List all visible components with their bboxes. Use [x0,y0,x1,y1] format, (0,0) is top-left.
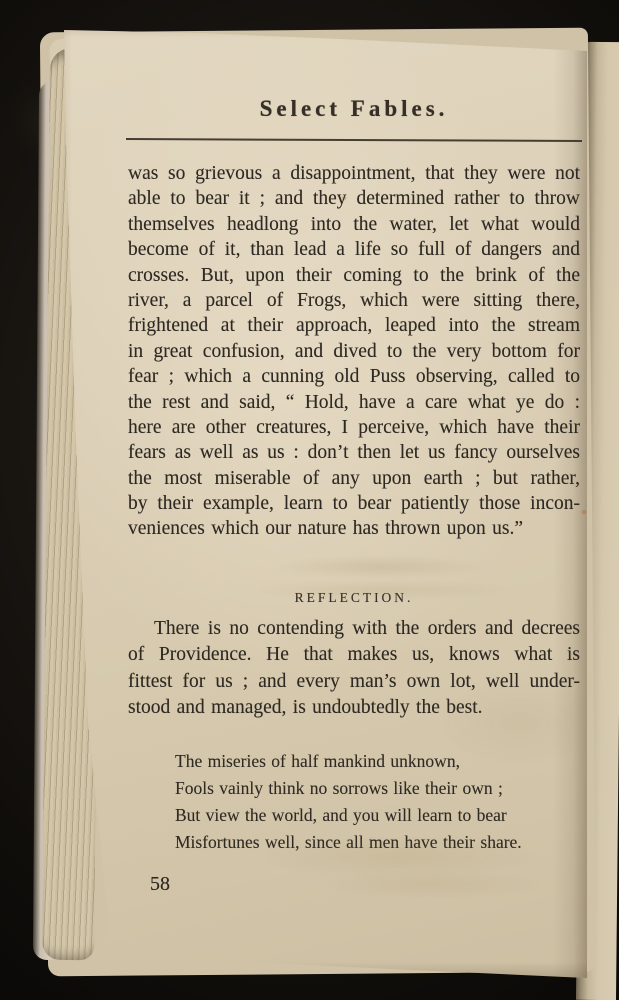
fable-text-line: in great confusion, and dived to the ver… [128,341,580,366]
fable-text-line: by their example, learn to bear patientl… [128,493,580,518]
foxing-speck [582,510,586,514]
page-number: 58 [150,873,170,896]
fable-text-line: become of it, than lead a life so full o… [128,239,580,264]
reflection-paragraph: There is no contending with the orders a… [128,618,580,724]
reflection-text-line: of Providence. He that makes us, knows w… [128,644,580,670]
header-rule [126,138,582,142]
fable-text-line: veniences which our nature has thrown up… [128,518,580,543]
fable-text-line: frightened at their approach, leaped int… [128,315,580,340]
book-page: Select Fables. was so grievous a disappo… [50,22,587,980]
fable-text-line: able to bear it ; and they determined ra… [128,188,580,213]
verse-line: Misfortunes well, since all men have the… [175,829,595,856]
fable-text-line: fears as well as us : don’t then let us … [128,442,580,467]
fable-text-line: fear ; which a cunning old Puss observin… [128,366,580,391]
fable-text-line: the most miserable of any upon earth ; b… [128,468,580,493]
fable-paragraph: was so grievous a disappointment, that t… [128,163,580,544]
fable-text-line: was so grievous a disappointment, that t… [128,163,580,188]
reflection-text-line: fittest for us ; and every man’s own lot… [128,671,580,697]
photo-background: Select Fables. was so grievous a disappo… [0,0,619,1000]
fable-text-line: the rest and said, “ Hold, have a care w… [128,392,580,417]
verse-line: Fools vainly think no sorrows like their… [175,775,595,802]
fable-text-line: crosses. But, upon their coming to the b… [128,265,580,290]
fable-text-line: here are other creatures, I perceive, wh… [128,417,580,442]
running-header-title: Select Fables. [128,96,580,122]
fable-text-line: river, a parcel of Frogs, which were sit… [128,290,580,315]
verse-line: The miseries of half mankind unknown, [175,748,595,775]
reflection-text-line: There is no contending with the orders a… [128,618,580,644]
verse-line: But view the world, and you will learn t… [175,802,595,829]
reflection-heading: REFLECTION. [128,590,580,606]
fable-text-line: themselves headlong into the water, let … [128,214,580,239]
reflection-text-line: stood and managed, is undoubtedly the be… [128,697,580,723]
verse-stanza: The miseries of half mankind unknown, Fo… [175,748,595,856]
